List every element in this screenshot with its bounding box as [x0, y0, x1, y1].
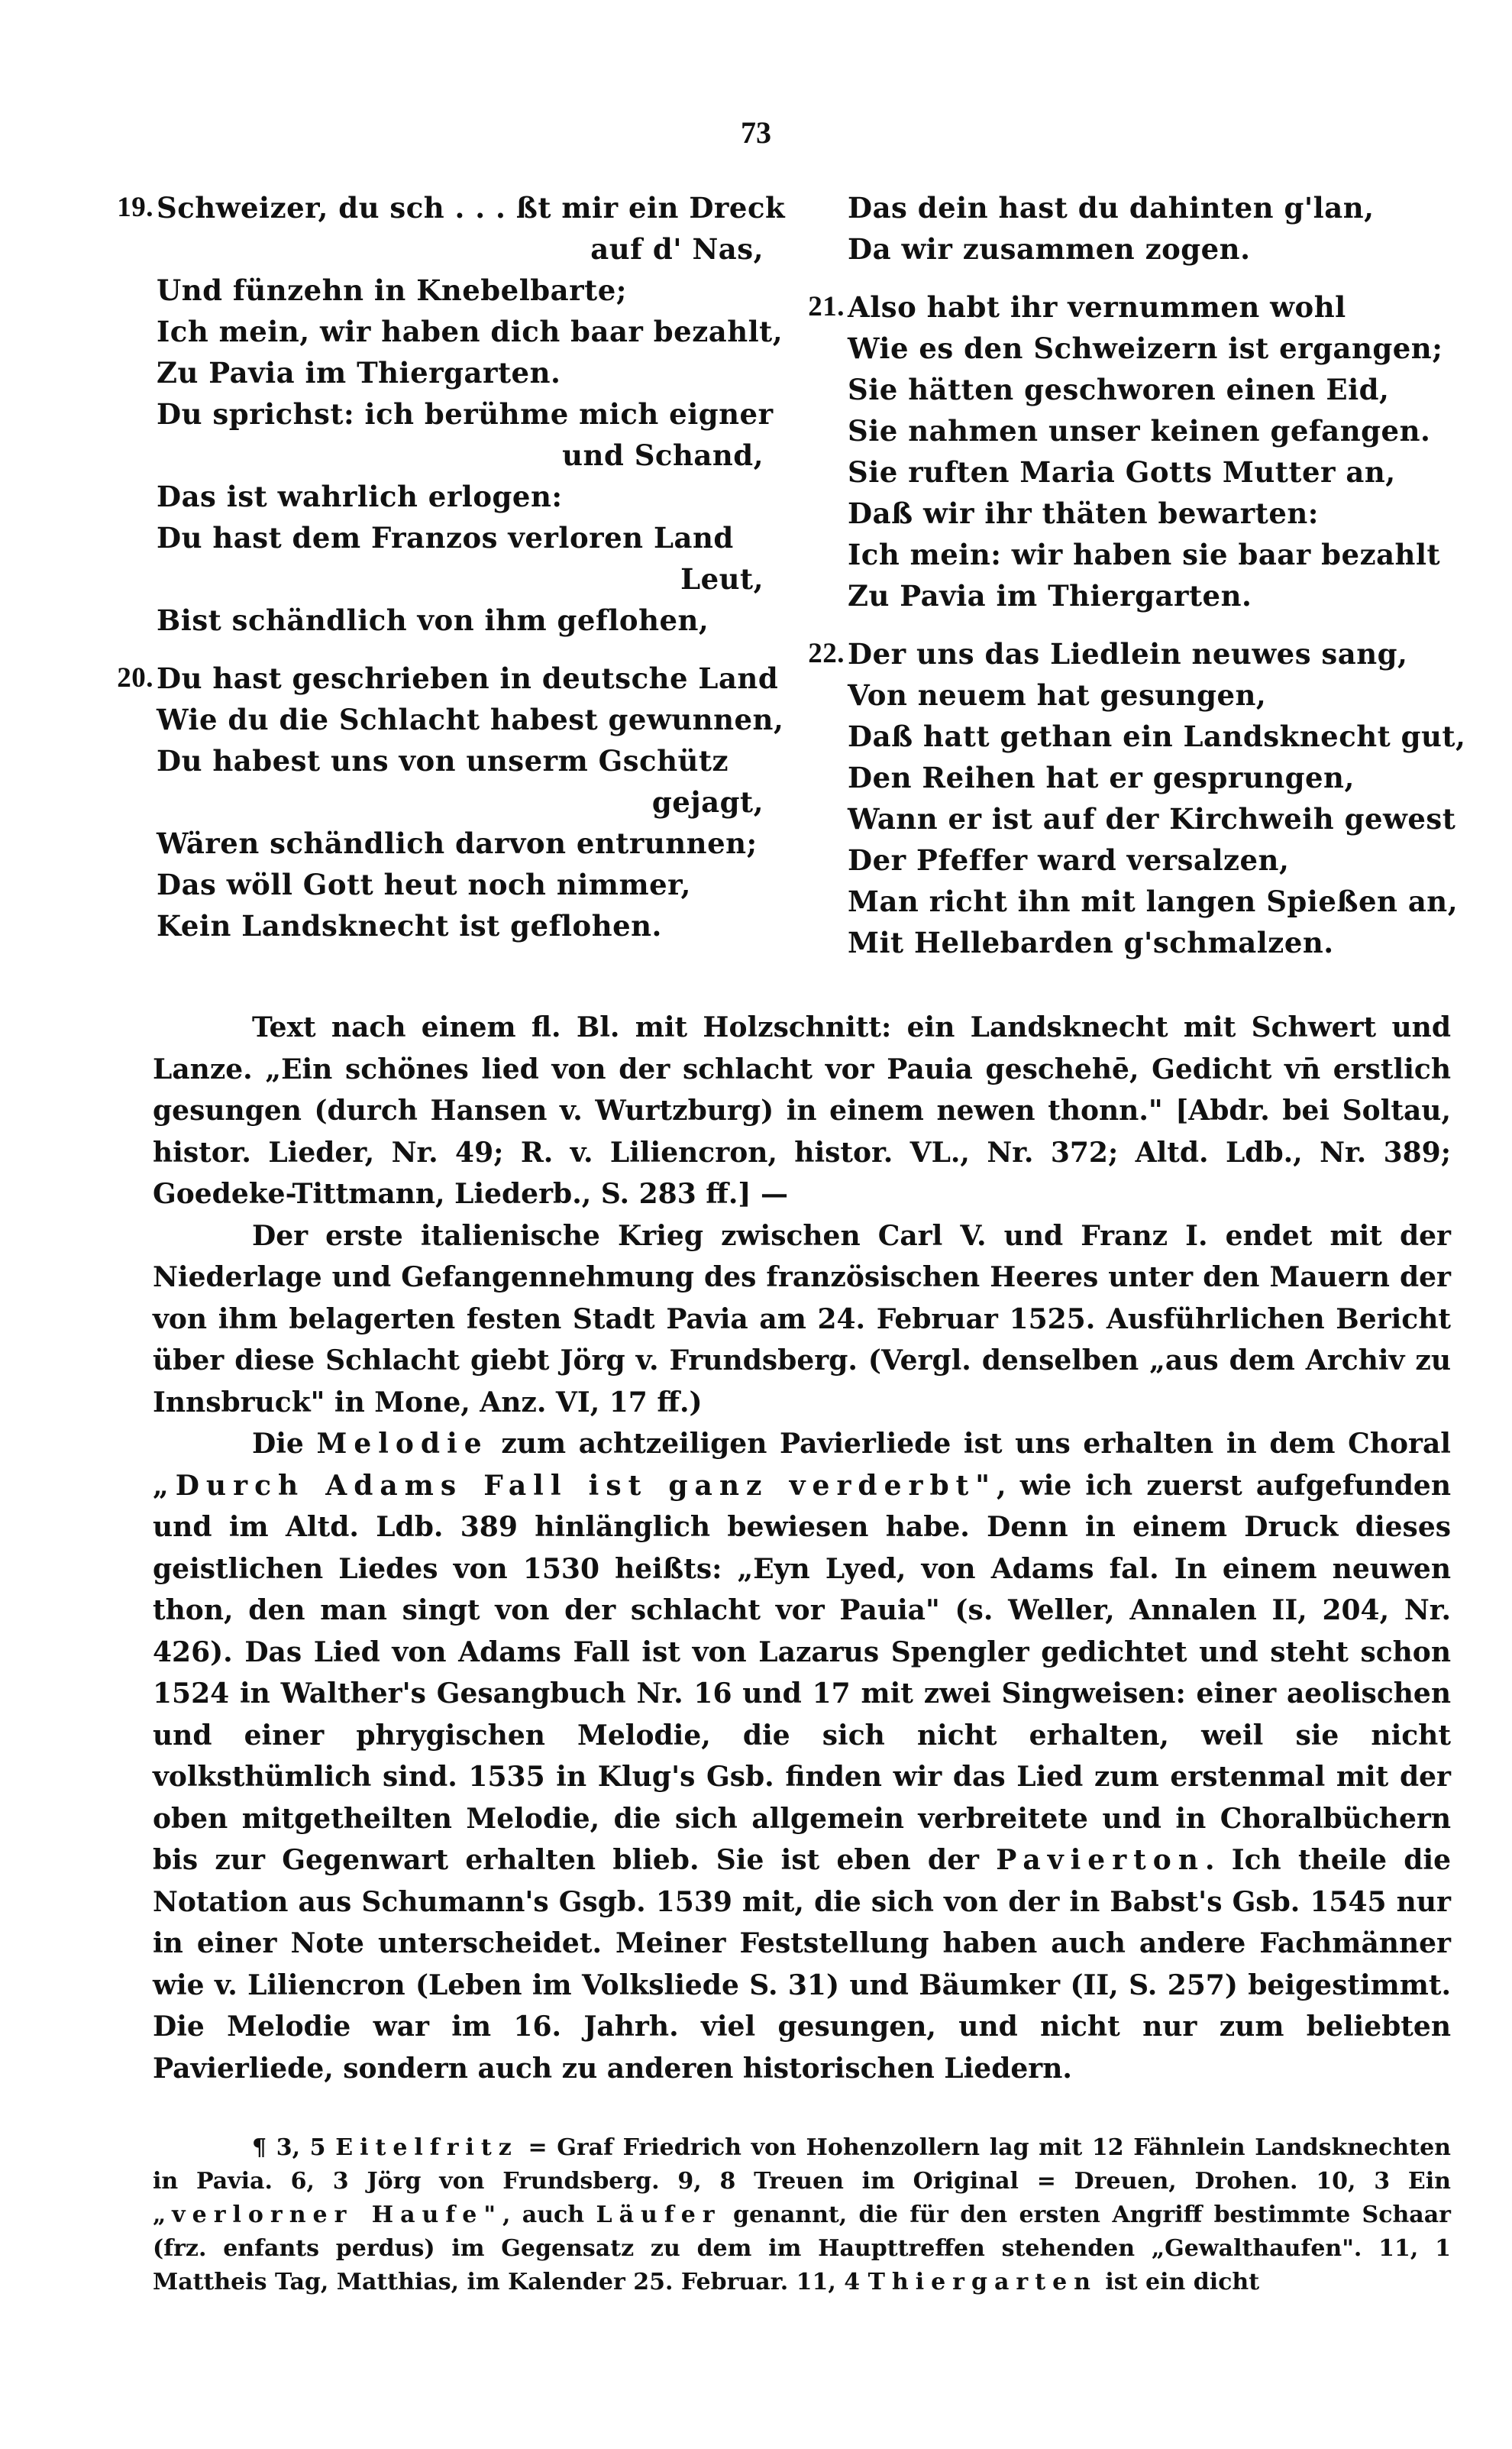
verse-line: Von neuem hat gesungen, [848, 675, 1451, 716]
verse-line: gejagt, [157, 781, 764, 823]
text-run: ist ein dicht [1097, 2269, 1259, 2295]
verse-line: Wie es den Schweizern ist ergangen; [848, 328, 1451, 369]
page-number: 73 [0, 115, 1512, 150]
verse-column-right: Das dein hast du dahinten g'lan, Da wir … [787, 187, 1451, 980]
stanza-number: 22. [787, 633, 845, 675]
commentary-paragraph-history: Der erste italienische Krieg zwischen Ca… [153, 1215, 1451, 1424]
footnotes: ¶ 3, 5 Eitelfritz = Graf Friedrich von H… [153, 2131, 1451, 2299]
verse-line: Den Reihen hat er gesprungen, [848, 757, 1451, 798]
stanza-19: 19. Schweizer, du sch . . . ßt mir ein D… [95, 187, 764, 641]
stanza-20-continued: Das dein hast du dahinten g'lan, Da wir … [787, 187, 1451, 270]
stanza-number: 20. [95, 658, 153, 699]
verse-line: Man richt ihn mit langen Spießen an, [848, 881, 1451, 922]
footnote-block: ¶ 3, 5 Eitelfritz = Graf Friedrich von H… [153, 2131, 1451, 2299]
verse-line: Bist schändlich von ihm geflohen, [157, 600, 764, 641]
text-run: , auch [502, 2202, 596, 2228]
verse-line: und Schand, [157, 435, 764, 476]
verse-line: Leut, [157, 558, 764, 600]
text-run: ¶ 3, 5 [252, 2134, 335, 2161]
verse-line: Der Pfeffer ward versalzen, [848, 840, 1451, 881]
verse-line: Wann er ist auf der Kirchweih gewest [848, 798, 1451, 840]
verse-line: Du habest uns von unserm Gschütz [157, 740, 764, 781]
stanza-20: 20. Du hast geschrieben in deutsche Land… [95, 658, 764, 946]
commentary-paragraph-melody: Die Melodie zum achtzeiligen Pavierliede… [153, 1423, 1451, 2089]
emphasis-thiergarten: Thiergarten [868, 2269, 1097, 2295]
commentary-paragraph-source: Text nach einem fl. Bl. mit Holzschnitt:… [153, 1007, 1451, 1215]
stanza-22: 22. Der uns das Liedlein neuwes sang, Vo… [787, 633, 1451, 963]
verse-line: Wie du die Schlacht habest gewunnen, [157, 699, 764, 740]
verse-line: Das ist wahrlich erlogen: [157, 476, 764, 517]
verse-line: Du hast dem Franzos verloren Land [157, 517, 764, 558]
verse-line: Ich mein, wir haben dich baar bezahlt, [157, 311, 764, 352]
verse-line: Daß hatt gethan ein Landsknecht gut, [848, 716, 1451, 757]
verse-line: Zu Pavia im Thiergarten. [157, 352, 764, 393]
emphasis-melodie: Melodie [316, 1428, 488, 1460]
verse-line: Du hast geschrieben in deutsche Land [157, 658, 764, 699]
stanza-number: 19. [95, 187, 153, 228]
verse-line: Das wöll Gott heut noch nimmer, [157, 864, 764, 905]
verse-line: Der uns das Liedlein neuwes sang, [848, 633, 1451, 675]
verse-line: Kein Landsknecht ist geflohen. [157, 905, 764, 946]
text-run: zum achtzeiligen Pavierliede ist uns erh… [489, 1428, 1451, 1460]
verse-line: auf d' Nas, [157, 228, 764, 270]
verse-line: Du sprichst: ich berühme mich eigner [157, 393, 764, 435]
verse-line: Mit Hellebarden g'schmalzen. [848, 922, 1451, 963]
verse-line: Sie nahmen unser keinen gefangen. [848, 410, 1451, 451]
verse-line: Wären schändlich darvon entrunnen; [157, 823, 764, 864]
verse-line: Zu Pavia im Thiergarten. [848, 575, 1451, 616]
emphasis-choral-title: „Durch Adams Fall ist ganz verderbt" [153, 1470, 997, 1502]
verse-line: Ich mein: wir haben sie baar bezahlt [848, 534, 1451, 575]
emphasis-verlorner-haufe: „verlorner Haufe" [153, 2202, 502, 2228]
verse-line: Schweizer, du sch . . . ßt mir ein Dreck [157, 187, 764, 228]
emphasis-laeufer: Läufer [596, 2202, 721, 2228]
verse-line: Da wir zusammen zogen. [848, 228, 1451, 270]
stanza-number: 21. [787, 286, 845, 328]
verse-line: Daß wir ihr thäten bewarten: [848, 493, 1451, 534]
verse-line: Und fünzehn in Knebelbarte; [157, 270, 764, 311]
verse-column-left: 19. Schweizer, du sch . . . ßt mir ein D… [95, 187, 764, 963]
text-run: . Ich theile die Notation aus Schumann's… [153, 1844, 1451, 2085]
commentary: Text nach einem fl. Bl. mit Holzschnitt:… [153, 1007, 1451, 2089]
verse-line: Sie hätten geschworen einen Eid, [848, 369, 1451, 410]
text-run: Die [252, 1428, 316, 1460]
verse-line: Sie ruften Maria Gotts Mutter an, [848, 451, 1451, 493]
verse-line: Also habt ihr vernummen wohl [848, 286, 1451, 328]
stanza-21: 21. Also habt ihr vernummen wohl Wie es … [787, 286, 1451, 616]
emphasis-eitelfritz: Eitelfritz [335, 2134, 519, 2161]
emphasis-pavierton: Pavierton [996, 1844, 1205, 1876]
verse-line: Das dein hast du dahinten g'lan, [848, 187, 1451, 228]
text-run: , wie ich zuerst aufgefunden und im Altd… [153, 1470, 1451, 1877]
